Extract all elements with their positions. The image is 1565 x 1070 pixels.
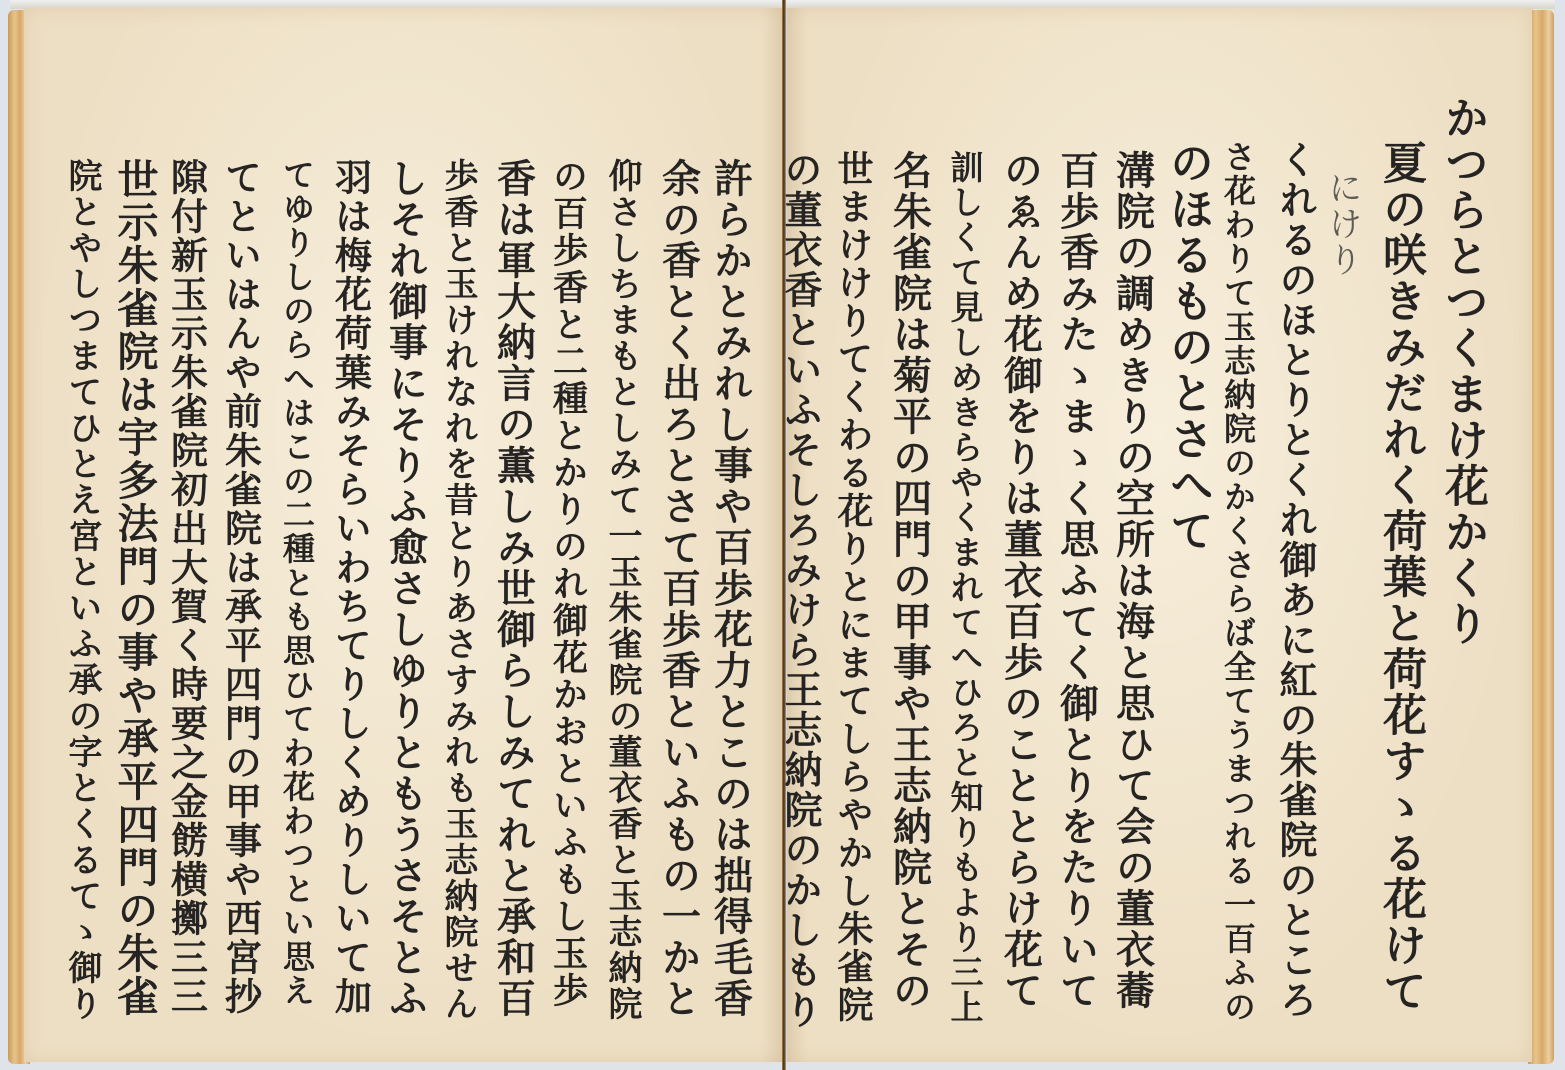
left-column-7: しそれ御事にそりふ愈さしゆりともうさそとふ — [386, 158, 425, 1019]
left-column-5: 香は軍大納言の薫しみ世御らしみてれと承和百 — [494, 158, 533, 1019]
left-column-11: 隙付新玉示朱雀院初出大賀く時要之金餝横擲三三 — [168, 158, 205, 1016]
left-column-2: 余の香とく出ろとさて百歩香といふもの一かと — [659, 158, 698, 1019]
right-column-11: 世まけけりてくわる花りとにまてしらやかし朱雀院 — [835, 150, 871, 1024]
left-column-9: てゆりしのらへはこの二種とも思ひてわ花わつとい思え — [281, 158, 313, 1008]
right-column-8: のゑんめ花御をりは董衣百歩のこととらけ花て — [1001, 150, 1040, 1011]
right-column-4: さ花わりて玉志納院のかくさらば全てうまつれる一百ふの — [1222, 140, 1254, 1024]
left-column-4: の百歩香と二種とかりのれ御花かおといふもし玉歩 — [551, 158, 586, 1009]
left-column-3: 仰さしちまもとしみて一玉朱雀院の董衣香と玉志納院 — [605, 158, 639, 1022]
right-column-7: 百歩香みたゝまゝく思ふてく御とりをたりいて — [1057, 150, 1096, 1011]
right-column-12: の董衣香といふそしろみけら王志納院のかしもり — [781, 150, 819, 1030]
left-column-6: 歩香と玉けれなれを昔とりあさすみれも玉志納院せん — [441, 158, 475, 1022]
right-column-2: 夏の咲きみだれく荷葉と荷花すゝる花けて — [1378, 140, 1422, 1014]
right-column-5: のほるものとさへて — [1165, 140, 1209, 554]
right-column-3: くれるのほとりとくれ御あに紅の朱雀院のところ — [1276, 140, 1314, 1020]
left-column-12: 世示朱雀院は宇多法門の事や承平四門の朱雀 — [114, 158, 155, 1018]
right-column-9: 訓しくて見しめきらやくまれてへひろと知りもより三上 — [949, 150, 982, 1025]
right-column-1: かつらとつくまけ花かくり — [1440, 95, 1484, 647]
left-column-8: 羽は梅花荷葉みそらいわちてりしくめりしいて加 — [332, 158, 369, 1016]
book-spread: かつらとつくまけ花かくり 夏の咲きみだれく荷葉と荷花すゝる花けて にけり くれる… — [0, 0, 1565, 1070]
left-column-10: てといはんや前朱雀院は承平四門の甲事や西宮抄 — [222, 158, 259, 1016]
right-column-10: 名朱雀院は菊平の四門の甲事や王志納院とその — [890, 150, 929, 1011]
right-column-annotation: にけり — [1325, 170, 1359, 278]
left-column-13: 院とやしつまてひとえ宮といふ承の字とくるてゝ御り — [65, 158, 99, 1022]
right-column-6: 溝院の調めきりの空所は海と思ひて会の董衣蕎 — [1113, 150, 1152, 1011]
left-column-1: 許らかとみれし事や百歩花力とこのは拙得毛香 — [711, 158, 750, 1019]
